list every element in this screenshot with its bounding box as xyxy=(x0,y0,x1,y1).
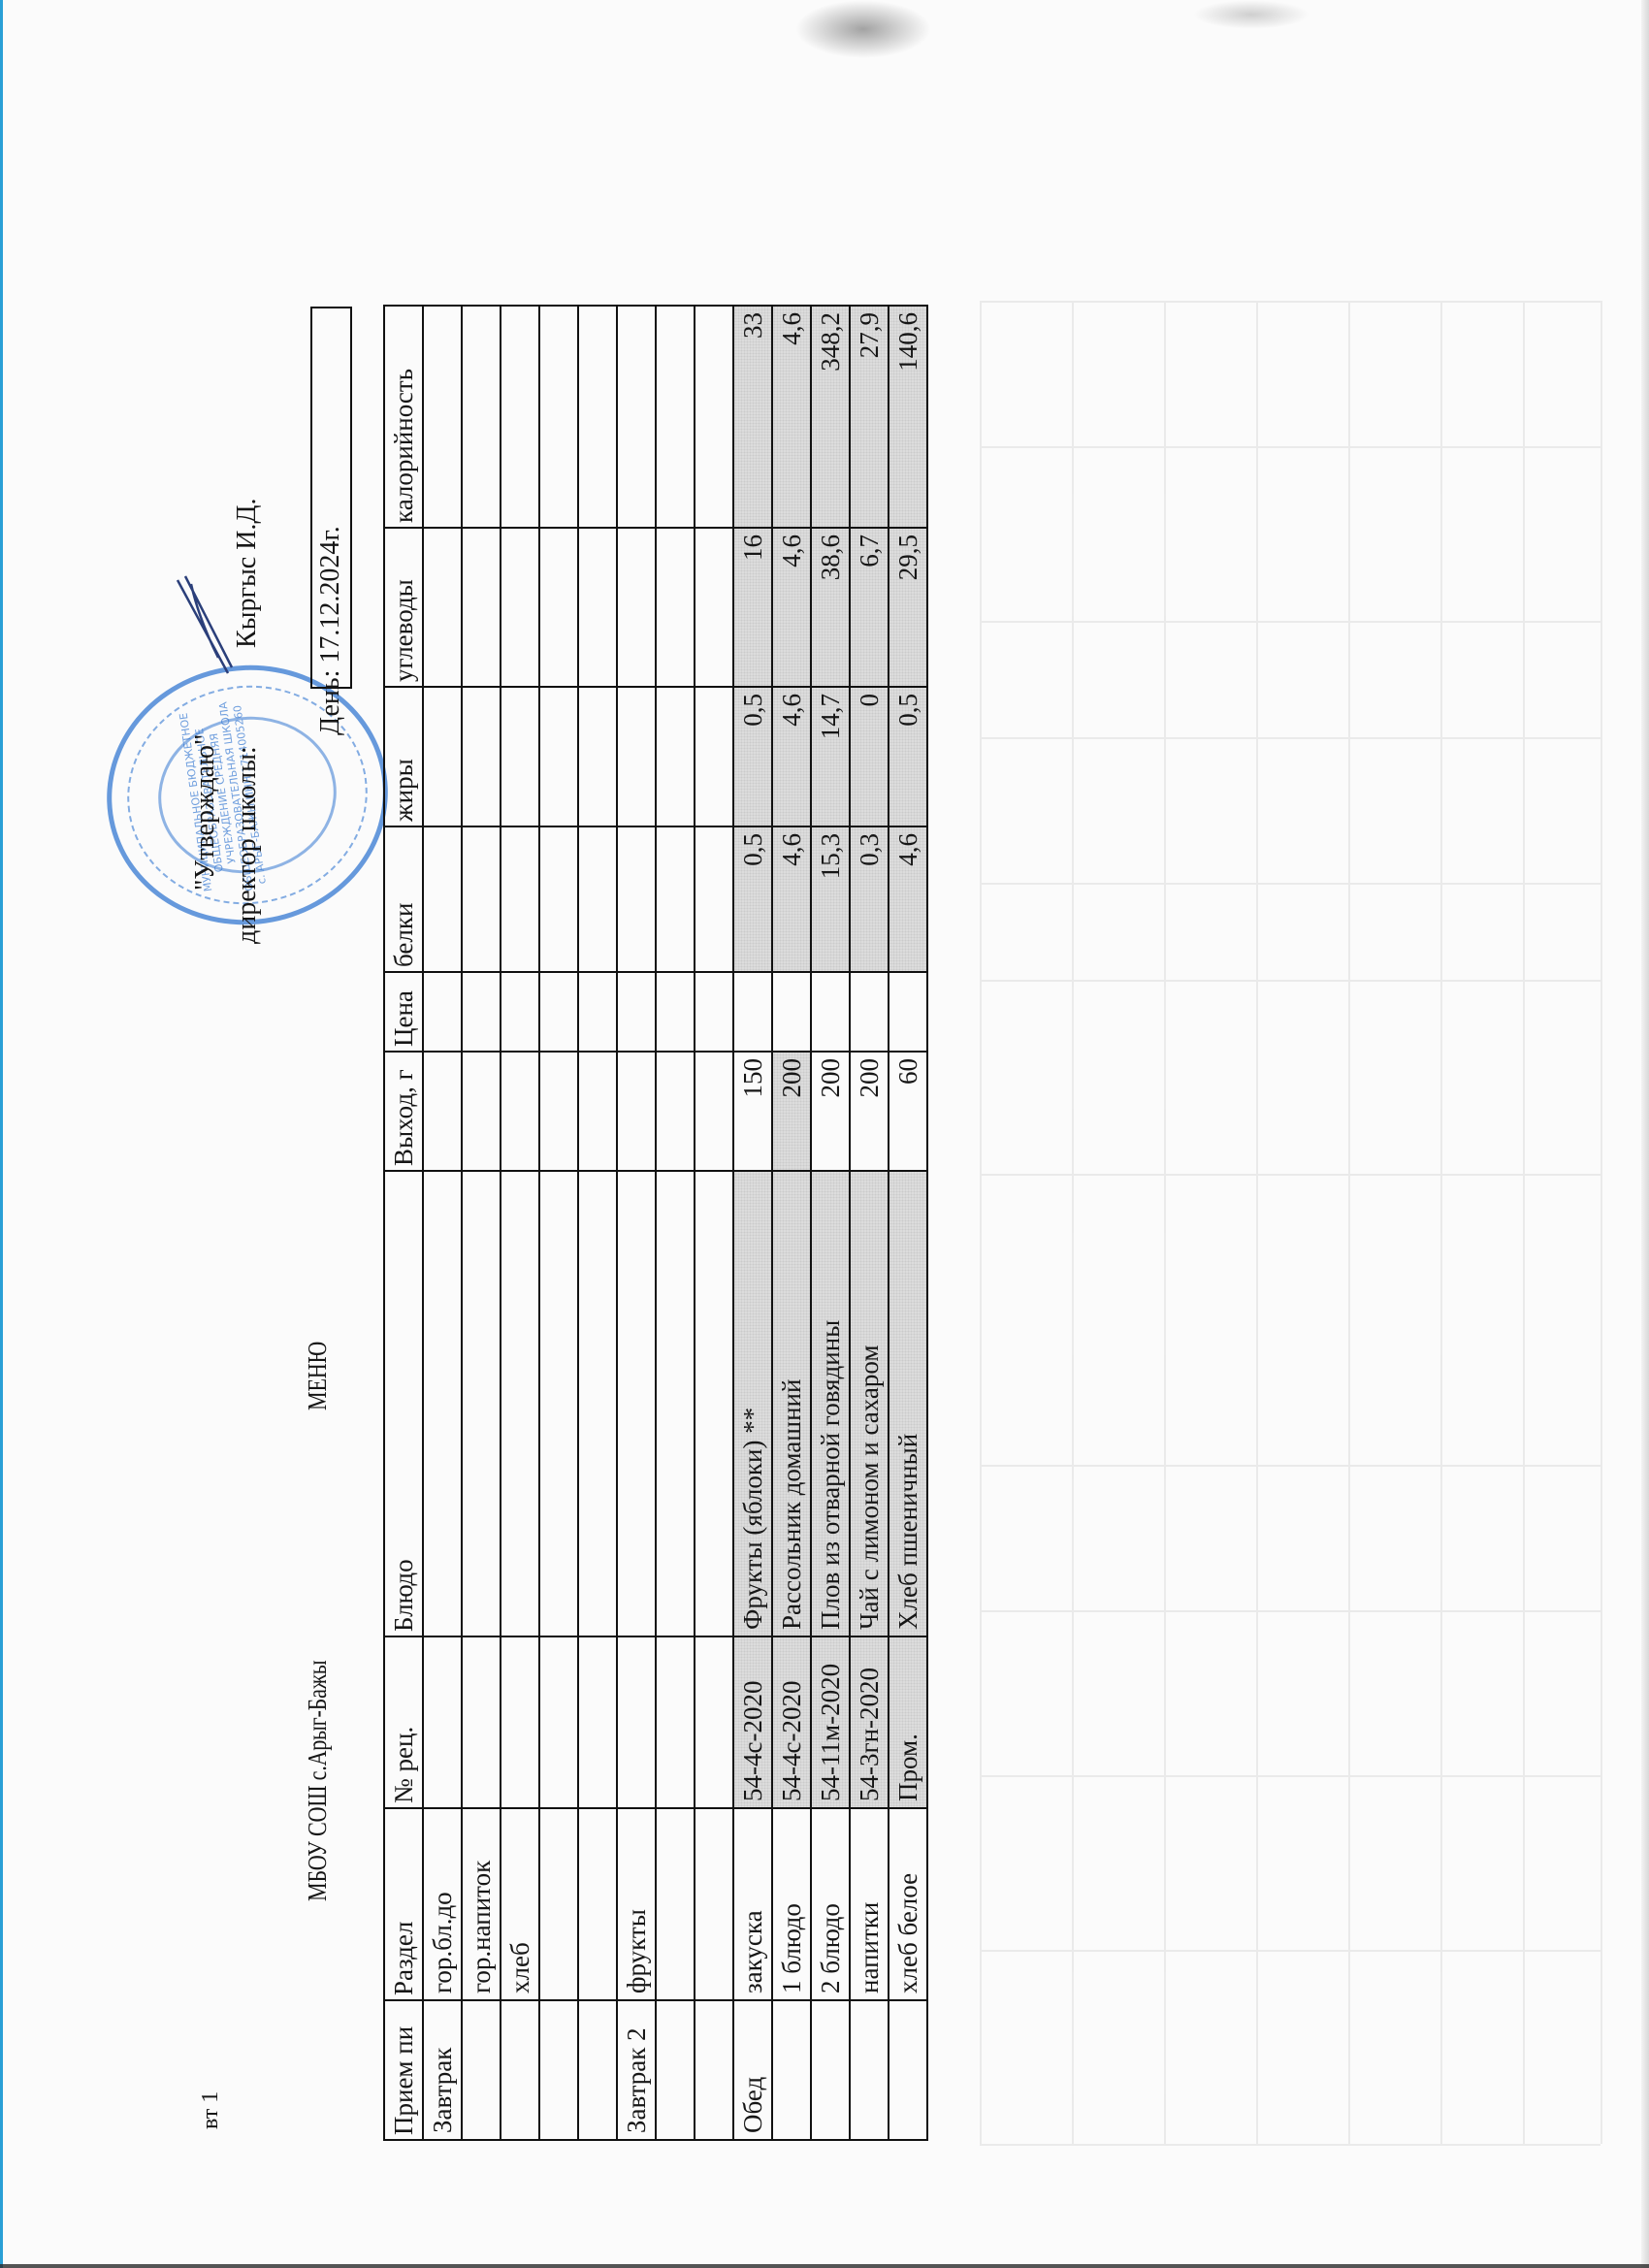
cell-fat xyxy=(423,687,462,826)
cell-price xyxy=(733,972,772,1052)
cell-carbs: 6,7 xyxy=(850,528,889,687)
cell-protein xyxy=(423,826,462,972)
cell-fat xyxy=(578,687,617,826)
cell-yield xyxy=(462,1052,501,1171)
cell-kcal: 4,6 xyxy=(772,306,811,528)
cell-protein: 0,5 xyxy=(733,826,772,972)
cell-meal xyxy=(850,2000,889,2140)
menu-date: День: 17.12.2024г. xyxy=(317,526,344,735)
cell-recipe xyxy=(501,1636,539,1808)
cell-section xyxy=(578,1808,617,2000)
cell-meal: Завтрак 2 xyxy=(617,2000,656,2140)
cell-protein: 15,3 xyxy=(811,826,850,972)
cell-meal xyxy=(539,2000,578,2140)
col-header-section: Раздел xyxy=(384,1808,423,2000)
cell-meal xyxy=(462,2000,501,2140)
director-signature-icon xyxy=(170,570,238,677)
cell-dish xyxy=(423,1171,462,1636)
cell-protein xyxy=(578,826,617,972)
cell-dish xyxy=(539,1171,578,1636)
cell-recipe: 54-4с-2020 xyxy=(733,1636,772,1808)
cell-carbs xyxy=(656,528,695,687)
table-row xyxy=(539,306,578,2140)
cell-dish xyxy=(656,1171,695,1636)
cell-fat xyxy=(501,687,539,826)
cell-dish xyxy=(462,1171,501,1636)
cell-protein xyxy=(501,826,539,972)
cell-recipe xyxy=(462,1636,501,1808)
table-row: Обедзакуска54-4с-2020Фрукты (яблоки) **1… xyxy=(733,306,772,2140)
cell-carbs xyxy=(423,528,462,687)
cell-meal xyxy=(889,2000,927,2140)
cell-section: хлеб белое xyxy=(889,1808,927,2000)
cell-recipe xyxy=(695,1636,733,1808)
table-row: 1 блюдо54-4с-2020Рассольник домашний2004… xyxy=(772,306,811,2140)
cell-recipe: 54-4с-2020 xyxy=(772,1636,811,1808)
cell-protein xyxy=(539,826,578,972)
cell-fat xyxy=(656,687,695,826)
cell-section: гор.бл.до xyxy=(423,1808,462,2000)
cell-recipe xyxy=(617,1636,656,1808)
cell-kcal xyxy=(423,306,462,528)
cell-meal: Обед xyxy=(733,2000,772,2140)
col-header-yield: Выход, г xyxy=(384,1052,423,1171)
approval-signatory: Кыргыс И.Д. xyxy=(234,498,261,648)
cell-fat xyxy=(462,687,501,826)
cell-fat xyxy=(539,687,578,826)
cell-recipe xyxy=(578,1636,617,1808)
approval-position: директор школы: xyxy=(234,746,261,944)
cell-fat: 0,5 xyxy=(889,687,927,826)
col-header-kcal: калорийность xyxy=(384,306,423,528)
cell-yield xyxy=(501,1052,539,1171)
cell-recipe: 54-3гн-2020 xyxy=(850,1636,889,1808)
cell-fat: 4,6 xyxy=(772,687,811,826)
approval-heading: "Утверждаю" xyxy=(192,734,219,891)
cell-section: гор.напиток xyxy=(462,1808,501,2000)
cell-price xyxy=(501,972,539,1052)
cell-carbs xyxy=(539,528,578,687)
cell-yield: 150 xyxy=(733,1052,772,1171)
cell-recipe xyxy=(539,1636,578,1808)
cell-dish xyxy=(578,1171,617,1636)
col-header-carbs: углеводы xyxy=(384,528,423,687)
cell-price xyxy=(889,972,927,1052)
cell-kcal xyxy=(656,306,695,528)
cell-meal xyxy=(695,2000,733,2140)
cell-yield: 200 xyxy=(772,1052,811,1171)
cell-price xyxy=(423,972,462,1052)
cell-price xyxy=(462,972,501,1052)
document-title: МЕНЮ xyxy=(305,1342,331,1410)
col-header-dish: Блюдо xyxy=(384,1171,423,1636)
cell-section: хлеб xyxy=(501,1808,539,2000)
cell-price xyxy=(617,972,656,1052)
cell-price xyxy=(578,972,617,1052)
cell-dish: Фрукты (яблоки) ** xyxy=(733,1171,772,1636)
table-header-row: Прием пи Раздел № рец. Блюдо Выход, г Це… xyxy=(384,306,423,2140)
cell-protein xyxy=(617,826,656,972)
cell-recipe xyxy=(423,1636,462,1808)
cell-protein: 0,3 xyxy=(850,826,889,972)
col-header-price: Цена xyxy=(384,972,423,1052)
cell-section: фрукты xyxy=(617,1808,656,2000)
cell-price xyxy=(656,972,695,1052)
cell-kcal: 348,2 xyxy=(811,306,850,528)
cell-section: 1 блюдо xyxy=(772,1808,811,2000)
cell-price xyxy=(695,972,733,1052)
cell-kcal: 33 xyxy=(733,306,772,528)
cell-kcal xyxy=(462,306,501,528)
cell-dish: Хлеб пшеничный xyxy=(889,1171,927,1636)
table-row: напитки54-3гн-2020Чай с лимоном и сахаро… xyxy=(850,306,889,2140)
cell-carbs: 16 xyxy=(733,528,772,687)
page-marker: вт 1 xyxy=(199,2091,222,2129)
table-row: Завтрак 2фрукты xyxy=(617,306,656,2140)
table-row: Завтракгор.бл.до xyxy=(423,306,462,2140)
cell-meal xyxy=(772,2000,811,2140)
menu-table: Прием пи Раздел № рец. Блюдо Выход, г Це… xyxy=(383,305,928,2141)
cell-carbs: 38,6 xyxy=(811,528,850,687)
cell-carbs xyxy=(501,528,539,687)
cell-fat: 0,5 xyxy=(733,687,772,826)
col-header-recipe: № рец. xyxy=(384,1636,423,1808)
cell-carbs xyxy=(462,528,501,687)
cell-meal: Завтрак xyxy=(423,2000,462,2140)
cell-yield xyxy=(423,1052,462,1171)
col-header-protein: белки xyxy=(384,826,423,972)
cell-carbs xyxy=(695,528,733,687)
cell-section xyxy=(656,1808,695,2000)
cell-dish xyxy=(617,1171,656,1636)
cell-kcal xyxy=(617,306,656,528)
cell-protein: 4,6 xyxy=(772,826,811,972)
cell-fat: 0 xyxy=(850,687,889,826)
rotated-document: вт 1 МБОУ СОШ с.Арыг-Бажы МЕНЮ МУНИЦИПАЛ… xyxy=(0,0,1649,2268)
cell-yield: 200 xyxy=(850,1052,889,1171)
cell-yield: 60 xyxy=(889,1052,927,1171)
cell-yield xyxy=(695,1052,733,1171)
cell-price xyxy=(811,972,850,1052)
cell-yield xyxy=(539,1052,578,1171)
cell-kcal xyxy=(539,306,578,528)
cell-yield: 200 xyxy=(811,1052,850,1171)
cell-carbs: 29,5 xyxy=(889,528,927,687)
table-row: хлеб xyxy=(501,306,539,2140)
col-header-fat: жиры xyxy=(384,687,423,826)
cell-section xyxy=(695,1808,733,2000)
cell-price xyxy=(772,972,811,1052)
cell-carbs xyxy=(617,528,656,687)
col-header-meal: Прием пи xyxy=(384,2000,423,2140)
cell-dish: Плов из отварной говядины xyxy=(811,1171,850,1636)
cell-kcal xyxy=(501,306,539,528)
cell-carbs xyxy=(578,528,617,687)
cell-recipe: Пром. xyxy=(889,1636,927,1808)
cell-price xyxy=(539,972,578,1052)
cell-kcal: 140,6 xyxy=(889,306,927,528)
cell-kcal xyxy=(578,306,617,528)
cell-protein xyxy=(695,826,733,972)
cell-section: 2 блюдо xyxy=(811,1808,850,2000)
cell-kcal xyxy=(695,306,733,528)
table-row xyxy=(578,306,617,2140)
cell-section: напитки xyxy=(850,1808,889,2000)
cell-dish xyxy=(501,1171,539,1636)
cell-price xyxy=(850,972,889,1052)
cell-meal xyxy=(578,2000,617,2140)
table-row: 2 блюдо54-11м-2020Плов из отварной говяд… xyxy=(811,306,850,2140)
cell-dish: Чай с лимоном и сахаром xyxy=(850,1171,889,1636)
table-row: гор.напиток xyxy=(462,306,501,2140)
cell-recipe: 54-11м-2020 xyxy=(811,1636,850,1808)
cell-fat: 14,7 xyxy=(811,687,850,826)
cell-meal xyxy=(656,2000,695,2140)
cell-meal xyxy=(501,2000,539,2140)
cell-yield xyxy=(656,1052,695,1171)
cell-dish: Рассольник домашний xyxy=(772,1171,811,1636)
school-name: МБОУ СОШ с.Арыг-Бажы xyxy=(305,1661,331,1901)
cell-recipe xyxy=(656,1636,695,1808)
cell-dish xyxy=(695,1171,733,1636)
cell-yield xyxy=(578,1052,617,1171)
cell-meal xyxy=(811,2000,850,2140)
cell-kcal: 27,9 xyxy=(850,306,889,528)
table-row xyxy=(695,306,733,2140)
cell-carbs: 4,6 xyxy=(772,528,811,687)
cell-fat xyxy=(695,687,733,826)
cell-protein xyxy=(462,826,501,972)
cell-protein: 4,6 xyxy=(889,826,927,972)
cell-protein xyxy=(656,826,695,972)
cell-yield xyxy=(617,1052,656,1171)
table-row: хлеб белоеПром.Хлеб пшеничный604,60,529,… xyxy=(889,306,927,2140)
table-row xyxy=(656,306,695,2140)
cell-section: закуска xyxy=(733,1808,772,2000)
cell-fat xyxy=(617,687,656,826)
cell-section xyxy=(539,1808,578,2000)
